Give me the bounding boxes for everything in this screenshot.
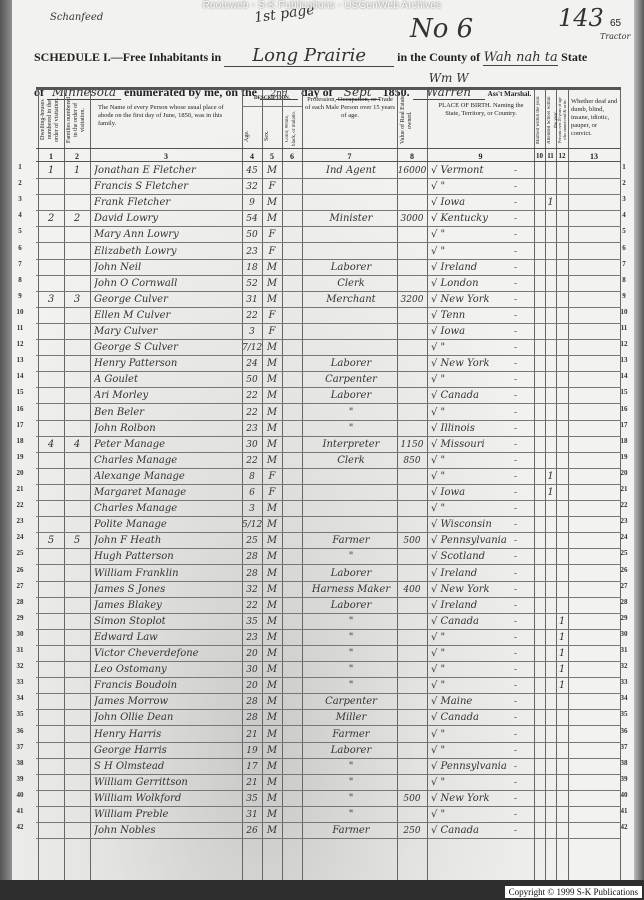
check-mark: - bbox=[514, 614, 528, 630]
line-number: 39 bbox=[14, 775, 26, 783]
cell-age: 35 bbox=[242, 791, 262, 807]
cell-illiterate bbox=[556, 533, 568, 549]
cell-name: Leo Ostomany bbox=[94, 662, 242, 678]
cell-value: 3000 bbox=[397, 211, 427, 227]
cell-dwelling bbox=[38, 646, 64, 662]
line-number: 42 bbox=[618, 823, 630, 831]
cell-sex: M bbox=[262, 630, 282, 646]
cell-school bbox=[545, 356, 556, 372]
cell-name: James Morrow bbox=[94, 694, 242, 710]
cell-value bbox=[397, 340, 427, 356]
cell-school bbox=[545, 630, 556, 646]
line-number: 8 bbox=[618, 276, 630, 284]
line-number: 4 bbox=[618, 211, 630, 219]
line-number: 17 bbox=[618, 421, 630, 429]
table-row: George S Culver7/12M√ "- bbox=[36, 340, 621, 356]
check-mark: - bbox=[514, 501, 528, 517]
header-color: Color, White, black, or mulatto. bbox=[284, 110, 300, 146]
cell-dwelling bbox=[38, 227, 64, 243]
cell-value bbox=[397, 421, 427, 437]
cell-age: 20 bbox=[242, 678, 262, 694]
cell-illiterate bbox=[556, 598, 568, 614]
table-row: Charles Manage22MClerk850√ "- bbox=[36, 453, 621, 469]
cell-dwelling: 2 bbox=[38, 211, 64, 227]
table-row: 22David Lowry54MMinister3000√ Kentucky- bbox=[36, 211, 621, 227]
check-mark: - bbox=[514, 710, 528, 726]
cell-family bbox=[64, 614, 90, 630]
table-row: Leo Ostomany30M"√ "1- bbox=[36, 662, 621, 678]
cell-dwelling: 4 bbox=[38, 437, 64, 453]
line-number: 2 bbox=[14, 179, 26, 187]
line-number: 38 bbox=[618, 759, 630, 767]
cell-dwelling bbox=[38, 388, 64, 404]
cell-sex: M bbox=[262, 388, 282, 404]
cell-school bbox=[545, 678, 556, 694]
header-illiterate: Persons over 20 years of age who cannot … bbox=[557, 94, 568, 146]
cell-occupation bbox=[306, 517, 396, 533]
cell-family bbox=[64, 356, 90, 372]
table-row: John O Cornwall52MClerk√ London- bbox=[36, 276, 621, 292]
cell-name: Alexange Manage bbox=[94, 469, 242, 485]
cell-dwelling bbox=[38, 775, 64, 791]
header-family: Families numbered in the order of visita… bbox=[66, 94, 88, 146]
check-mark: - bbox=[514, 340, 528, 356]
cell-school bbox=[545, 759, 556, 775]
cell-dwelling bbox=[38, 791, 64, 807]
cell-age: 31 bbox=[242, 292, 262, 308]
county-label: in the County of bbox=[397, 50, 480, 64]
cell-illiterate bbox=[556, 501, 568, 517]
cell-age: 50 bbox=[242, 227, 262, 243]
cell-name: David Lowry bbox=[94, 211, 242, 227]
cell-school bbox=[545, 276, 556, 292]
cell-sex: M bbox=[262, 276, 282, 292]
cell-family bbox=[64, 340, 90, 356]
table-row: James S Jones32MHarness Maker400√ New Yo… bbox=[36, 582, 621, 598]
cell-family bbox=[64, 195, 90, 211]
cell-occupation: Laborer bbox=[306, 566, 396, 582]
check-mark: - bbox=[514, 485, 528, 501]
cell-illiterate bbox=[556, 388, 568, 404]
cell-sex: M bbox=[262, 437, 282, 453]
cell-dwelling bbox=[38, 421, 64, 437]
check-mark: - bbox=[514, 678, 528, 694]
line-number: 22 bbox=[618, 501, 630, 509]
col-number: 8 bbox=[397, 152, 427, 161]
cell-occupation: " bbox=[306, 791, 396, 807]
cell-age: 52 bbox=[242, 276, 262, 292]
cell-value: 250 bbox=[397, 823, 427, 839]
cell-age: 28 bbox=[242, 694, 262, 710]
line-number: 33 bbox=[618, 678, 630, 686]
table-row: Simon Stoplot35M"√ Canada1- bbox=[36, 614, 621, 630]
table-row: William Preble31M"√ "- bbox=[36, 807, 621, 823]
cell-illiterate: 1 bbox=[556, 630, 568, 646]
cell-illiterate bbox=[556, 549, 568, 565]
line-number: 42 bbox=[14, 823, 26, 831]
cell-value bbox=[397, 678, 427, 694]
cell-name: John Rolbon bbox=[94, 421, 242, 437]
cell-dwelling bbox=[38, 340, 64, 356]
cell-illiterate bbox=[556, 227, 568, 243]
check-mark: - bbox=[514, 179, 528, 195]
cell-value bbox=[397, 405, 427, 421]
cell-dwelling bbox=[38, 823, 64, 839]
cell-illiterate bbox=[556, 356, 568, 372]
cell-family bbox=[64, 727, 90, 743]
check-mark: - bbox=[514, 807, 528, 823]
cell-school: 1 bbox=[545, 195, 556, 211]
line-number: 14 bbox=[14, 372, 26, 380]
table-row: Margaret Manage6F√ Iowa1- bbox=[36, 485, 621, 501]
cell-value bbox=[397, 727, 427, 743]
cell-sex: F bbox=[262, 244, 282, 260]
cell-occupation: Laborer bbox=[306, 598, 396, 614]
line-number: 39 bbox=[618, 775, 630, 783]
place-field: Long Prairie bbox=[224, 45, 394, 67]
table-row: 33George Culver31MMerchant3200√ New York… bbox=[36, 292, 621, 308]
cell-value bbox=[397, 630, 427, 646]
cell-name: Peter Manage bbox=[94, 437, 242, 453]
line-number: 16 bbox=[14, 405, 26, 413]
cell-occupation: Farmer bbox=[306, 533, 396, 549]
line-number: 23 bbox=[14, 517, 26, 525]
cell-sex: M bbox=[262, 678, 282, 694]
cell-sex: M bbox=[262, 356, 282, 372]
line-number: 18 bbox=[14, 437, 26, 445]
cell-occupation: " bbox=[306, 421, 396, 437]
line-number: 8 bbox=[14, 276, 26, 284]
line-number: 3 bbox=[14, 195, 26, 203]
table-row: 11Jonathan E Fletcher45MInd Agent16000√ … bbox=[36, 163, 621, 179]
cell-illiterate bbox=[556, 566, 568, 582]
cell-name: George S Culver bbox=[94, 340, 242, 356]
cell-illiterate bbox=[556, 308, 568, 324]
table-row: Mary Culver3F√ Iowa- bbox=[36, 324, 621, 340]
cell-name: Francis S Fletcher bbox=[94, 179, 242, 195]
cell-name: Hugh Patterson bbox=[94, 549, 242, 565]
cell-name: John Neil bbox=[94, 260, 242, 276]
cell-occupation bbox=[306, 485, 396, 501]
cell-school bbox=[545, 308, 556, 324]
cell-school bbox=[545, 227, 556, 243]
cell-school bbox=[545, 614, 556, 630]
cell-sex: M bbox=[262, 646, 282, 662]
cell-name: Frank Fletcher bbox=[94, 195, 242, 211]
archive-banner: Rootsweb - S-K Publications - USGenWeb A… bbox=[0, 0, 644, 11]
cell-value bbox=[397, 662, 427, 678]
line-number: 7 bbox=[618, 260, 630, 268]
cell-family bbox=[64, 630, 90, 646]
cell-age: 23 bbox=[242, 630, 262, 646]
cell-family bbox=[64, 469, 90, 485]
table-row: Victor Cheverdefone20M"√ "1- bbox=[36, 646, 621, 662]
cell-dwelling bbox=[38, 276, 64, 292]
header-dwelling: Dwelling-houses numbered in the order of… bbox=[40, 94, 62, 146]
cell-value bbox=[397, 324, 427, 340]
check-mark: - bbox=[514, 469, 528, 485]
cell-name: Edward Law bbox=[94, 630, 242, 646]
cell-sex: M bbox=[262, 614, 282, 630]
cell-value: 16000 bbox=[397, 163, 427, 179]
line-number: 32 bbox=[618, 662, 630, 670]
cell-illiterate bbox=[556, 743, 568, 759]
cell-occupation: Laborer bbox=[306, 356, 396, 372]
cell-school bbox=[545, 437, 556, 453]
cell-school bbox=[545, 775, 556, 791]
cell-dwelling bbox=[38, 260, 64, 276]
cell-dwelling bbox=[38, 807, 64, 823]
line-number: 41 bbox=[14, 807, 26, 815]
cell-illiterate bbox=[556, 517, 568, 533]
cell-illiterate bbox=[556, 292, 568, 308]
col-number: 13 bbox=[568, 152, 620, 161]
cell-illiterate bbox=[556, 453, 568, 469]
header-age: Age. bbox=[244, 126, 260, 146]
cell-occupation: Clerk bbox=[306, 453, 396, 469]
cell-value bbox=[397, 549, 427, 565]
col-number: 11 bbox=[545, 152, 556, 160]
cell-age: 21 bbox=[242, 775, 262, 791]
cell-age: 22 bbox=[242, 388, 262, 404]
header-married: Married within the year. bbox=[535, 94, 545, 146]
cell-family bbox=[64, 388, 90, 404]
cell-sex: M bbox=[262, 694, 282, 710]
check-mark: - bbox=[514, 244, 528, 260]
line-number: 36 bbox=[14, 727, 26, 735]
cell-dwelling bbox=[38, 179, 64, 195]
line-number: 12 bbox=[14, 340, 26, 348]
check-mark: - bbox=[514, 662, 528, 678]
cell-school bbox=[545, 598, 556, 614]
cell-age: 31 bbox=[242, 807, 262, 823]
cell-family bbox=[64, 791, 90, 807]
cell-family: 3 bbox=[64, 292, 90, 308]
check-mark: - bbox=[514, 437, 528, 453]
line-number: 25 bbox=[618, 549, 630, 557]
cell-occupation: Interpreter bbox=[306, 437, 396, 453]
cell-family bbox=[64, 308, 90, 324]
cell-value bbox=[397, 710, 427, 726]
table-row: Henry Harris21MFarmer√ "- bbox=[36, 727, 621, 743]
cell-family bbox=[64, 372, 90, 388]
cell-school bbox=[545, 566, 556, 582]
cell-dwelling bbox=[38, 244, 64, 260]
line-number: 32 bbox=[14, 662, 26, 670]
cell-age: 22 bbox=[242, 405, 262, 421]
cell-illiterate bbox=[556, 260, 568, 276]
cell-family bbox=[64, 276, 90, 292]
cell-age: 7/12 bbox=[242, 340, 262, 356]
cell-illiterate bbox=[556, 791, 568, 807]
cell-name: Mary Ann Lowry bbox=[94, 227, 242, 243]
check-mark: - bbox=[514, 195, 528, 211]
line-number: 19 bbox=[14, 453, 26, 461]
table-row: A Goulet50MCarpenter√ "- bbox=[36, 372, 621, 388]
cell-age: 8 bbox=[242, 469, 262, 485]
cell-dwelling bbox=[38, 324, 64, 340]
line-number: 30 bbox=[14, 630, 26, 638]
cell-school bbox=[545, 517, 556, 533]
cell-school bbox=[545, 244, 556, 260]
cell-age: 50 bbox=[242, 372, 262, 388]
cell-dwelling bbox=[38, 405, 64, 421]
cell-name: Margaret Manage bbox=[94, 485, 242, 501]
cell-occupation bbox=[306, 340, 396, 356]
cell-sex: F bbox=[262, 469, 282, 485]
cell-sex: F bbox=[262, 324, 282, 340]
cell-occupation: " bbox=[306, 807, 396, 823]
cell-sex: M bbox=[262, 598, 282, 614]
cell-age: 28 bbox=[242, 566, 262, 582]
check-mark: - bbox=[514, 582, 528, 598]
cell-family bbox=[64, 405, 90, 421]
col-number: 12 bbox=[556, 152, 568, 160]
cell-name: Ellen M Culver bbox=[94, 308, 242, 324]
check-mark: - bbox=[514, 694, 528, 710]
line-number: 29 bbox=[618, 614, 630, 622]
cell-sex: M bbox=[262, 775, 282, 791]
cell-sex: M bbox=[262, 517, 282, 533]
cell-family bbox=[64, 501, 90, 517]
line-number: 34 bbox=[618, 694, 630, 702]
check-mark: - bbox=[514, 308, 528, 324]
check-mark: - bbox=[514, 630, 528, 646]
cell-name: James Blakey bbox=[94, 598, 242, 614]
cell-age: 25 bbox=[242, 533, 262, 549]
line-number: 24 bbox=[618, 533, 630, 541]
cell-age: 20 bbox=[242, 646, 262, 662]
cell-occupation bbox=[306, 244, 396, 260]
cell-name: Mary Culver bbox=[94, 324, 242, 340]
cell-name: William Wolkford bbox=[94, 791, 242, 807]
line-number: 9 bbox=[618, 292, 630, 300]
cell-school bbox=[545, 405, 556, 421]
cell-school: 1 bbox=[545, 469, 556, 485]
table-row: Ellen M Culver22F√ Tenn- bbox=[36, 308, 621, 324]
cell-sex: M bbox=[262, 823, 282, 839]
cell-illiterate bbox=[556, 727, 568, 743]
table-row: Ari Morley22MLaborer√ Canada- bbox=[36, 388, 621, 404]
cell-occupation: Ind Agent bbox=[306, 163, 396, 179]
cell-sex: M bbox=[262, 340, 282, 356]
cell-family bbox=[64, 759, 90, 775]
cell-value bbox=[397, 227, 427, 243]
check-mark: - bbox=[514, 453, 528, 469]
table-row: Edward Law23M"√ "1- bbox=[36, 630, 621, 646]
header-school: Attended School within the year. bbox=[546, 94, 556, 146]
cell-occupation: Carpenter bbox=[306, 372, 396, 388]
cell-family bbox=[64, 179, 90, 195]
check-mark: - bbox=[514, 163, 528, 179]
line-number: 6 bbox=[14, 244, 26, 252]
check-mark: - bbox=[514, 260, 528, 276]
line-number: 5 bbox=[618, 227, 630, 235]
cell-school bbox=[545, 501, 556, 517]
cell-name: John O Cornwall bbox=[94, 276, 242, 292]
cell-illiterate bbox=[556, 163, 568, 179]
check-mark: - bbox=[514, 517, 528, 533]
table-row: Frank Fletcher9M√ Iowa1- bbox=[36, 195, 621, 211]
cell-illiterate bbox=[556, 179, 568, 195]
cell-value bbox=[397, 372, 427, 388]
cell-sex: F bbox=[262, 308, 282, 324]
cell-illiterate: 1 bbox=[556, 678, 568, 694]
cell-family bbox=[64, 662, 90, 678]
cell-family: 4 bbox=[64, 437, 90, 453]
line-number: 9 bbox=[14, 292, 26, 300]
cell-sex: M bbox=[262, 372, 282, 388]
table-row: Ben Beler22M"√ "- bbox=[36, 405, 621, 421]
cell-dwelling bbox=[38, 566, 64, 582]
cell-value bbox=[397, 759, 427, 775]
line-number: 11 bbox=[618, 324, 630, 332]
cell-age: 24 bbox=[242, 356, 262, 372]
cell-family bbox=[64, 743, 90, 759]
cell-age: 22 bbox=[242, 308, 262, 324]
cell-value bbox=[397, 195, 427, 211]
cell-name: George Harris bbox=[94, 743, 242, 759]
table-row: Hugh Patterson28M"√ Scotland- bbox=[36, 549, 621, 565]
line-number: 37 bbox=[618, 743, 630, 751]
table-row: John Rolbon23M"√ Illinois- bbox=[36, 421, 621, 437]
col-number: 4 bbox=[242, 152, 262, 161]
line-number: 19 bbox=[618, 453, 630, 461]
cell-occupation bbox=[306, 324, 396, 340]
cell-occupation: Farmer bbox=[306, 727, 396, 743]
cell-family bbox=[64, 678, 90, 694]
table-row: Mary Ann Lowry50F√ "- bbox=[36, 227, 621, 243]
cell-dwelling bbox=[38, 308, 64, 324]
cell-illiterate: 1 bbox=[556, 646, 568, 662]
cell-value bbox=[397, 614, 427, 630]
col-number: 1 bbox=[38, 152, 64, 161]
cell-age: 32 bbox=[242, 582, 262, 598]
cell-name: Francis Boudoin bbox=[94, 678, 242, 694]
line-number: 15 bbox=[618, 388, 630, 396]
cell-age: 18 bbox=[242, 260, 262, 276]
col-number: 3 bbox=[90, 152, 242, 161]
line-number: 31 bbox=[14, 646, 26, 654]
cell-family bbox=[64, 710, 90, 726]
cell-dwelling bbox=[38, 485, 64, 501]
cell-value bbox=[397, 179, 427, 195]
cell-occupation: Laborer bbox=[306, 388, 396, 404]
cell-occupation: " bbox=[306, 630, 396, 646]
cell-dwelling bbox=[38, 549, 64, 565]
cell-school bbox=[545, 743, 556, 759]
cell-illiterate bbox=[556, 775, 568, 791]
header-description: DESCRIPTION. bbox=[242, 95, 302, 103]
cell-sex: M bbox=[262, 195, 282, 211]
schedule-title: SCHEDULE I.—Free Inhabitants in bbox=[34, 50, 221, 64]
cell-family bbox=[64, 485, 90, 501]
cell-illiterate bbox=[556, 469, 568, 485]
table-row: William Wolkford35M"500√ New York- bbox=[36, 791, 621, 807]
line-number: 27 bbox=[618, 582, 630, 590]
cell-family bbox=[64, 582, 90, 598]
cell-sex: F bbox=[262, 227, 282, 243]
cell-dwelling: 3 bbox=[38, 292, 64, 308]
cell-family bbox=[64, 775, 90, 791]
cell-age: 3 bbox=[242, 501, 262, 517]
cell-sex: M bbox=[262, 453, 282, 469]
line-number: 20 bbox=[14, 469, 26, 477]
cell-age: 45 bbox=[242, 163, 262, 179]
cell-occupation bbox=[306, 227, 396, 243]
cell-family bbox=[64, 453, 90, 469]
cell-family: 2 bbox=[64, 211, 90, 227]
